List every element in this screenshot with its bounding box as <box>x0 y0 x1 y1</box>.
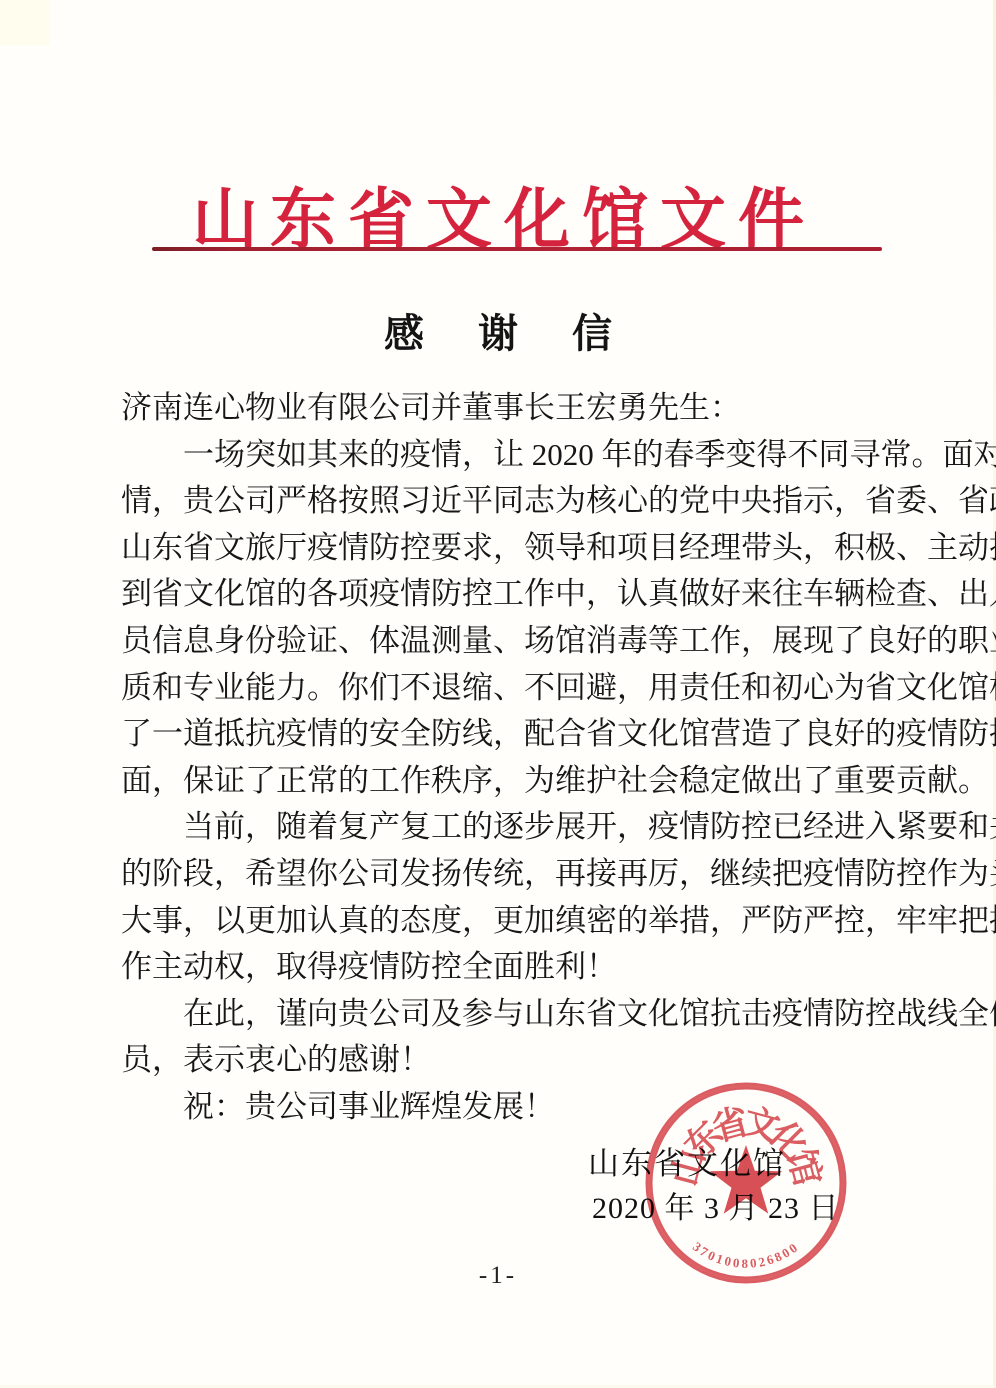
body-line: 的阶段，希望你公司发扬传统，再接再厉，继续把疫情防控作为头等 <box>121 851 891 898</box>
body-line: 作主动权，取得疫情防控全面胜利！ <box>121 944 891 991</box>
body-line: 到省文化馆的各项疫情防控工作中，认真做好来往车辆检查、出入人 <box>121 571 891 618</box>
body-line: 大事，以更加认真的态度，更加缜密的举措，严防严控，牢牢把握工 <box>121 898 891 945</box>
body-line: 情，贵公司严格按照习近平同志为核心的党中央指示，省委、省政府， <box>121 478 891 525</box>
body-line: 在此，谨向贵公司及参与山东省文化馆抗击疫情防控战线全体人 <box>121 991 891 1038</box>
body-line: 当前，随着复产复工的逐步展开，疫情防控已经进入紧要和关键 <box>121 804 891 851</box>
body-line: 一场突如其来的疫情，让 2020 年的春季变得不同寻常。面对疫 <box>121 432 891 479</box>
body-lines: 济南连心物业有限公司并董事长王宏勇先生：一场突如其来的疫情，让 2020 年的春… <box>121 385 891 1131</box>
seal-code: 3701008026800 <box>690 1239 802 1271</box>
body-line: 员信息身份验证、体温测量、场馆消毒等工作，展现了良好的职业素 <box>121 618 891 665</box>
body-line: 山东省文旅厅疫情防控要求，领导和项目经理带头，积极、主动投入 <box>121 525 891 572</box>
document-page: 山东省文化馆文件 感谢信 济南连心物业有限公司并董事长王宏勇先生：一场突如其来的… <box>0 0 996 1388</box>
body-line: 了一道抵抗疫情的安全防线，配合省文化馆营造了良好的疫情防控局 <box>121 711 891 758</box>
header-rule <box>152 247 882 251</box>
body-line: 济南连心物业有限公司并董事长王宏勇先生： <box>121 385 891 432</box>
body-line: 面，保证了正常的工作秩序，为维护社会稳定做出了重要贡献。 <box>121 758 891 805</box>
letter-title: 感谢信 <box>0 302 996 359</box>
seal-star-icon <box>710 1145 782 1214</box>
official-seal: 山 东 省 文 化 馆 3701008026800 <box>631 1068 861 1298</box>
scan-corner-artifact <box>0 0 50 45</box>
body-line: 质和专业能力。你们不退缩、不回避，用责任和初心为省文化馆构筑 <box>121 665 891 712</box>
